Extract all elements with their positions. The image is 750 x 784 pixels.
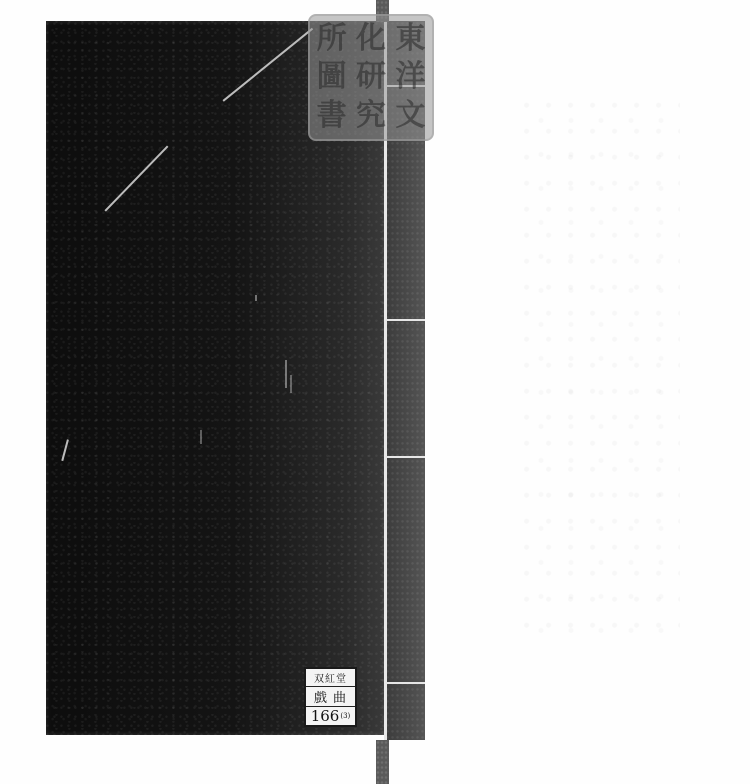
seal-column: 東 洋 文 bbox=[395, 20, 425, 135]
volume-suffix: (3) bbox=[340, 712, 350, 720]
seal-column: 化 研 究 bbox=[356, 20, 386, 135]
seal-char: 化 bbox=[356, 21, 386, 57]
seal-char: 圖 bbox=[317, 59, 347, 95]
binding-stitch bbox=[386, 456, 425, 458]
label-category: 戲曲 bbox=[306, 687, 355, 707]
show-through-blank-page bbox=[520, 100, 680, 640]
speck bbox=[290, 375, 292, 393]
seal-char: 所 bbox=[317, 21, 347, 57]
binding-stitch bbox=[386, 682, 425, 684]
seal-char: 究 bbox=[356, 98, 386, 134]
label-collection: 双紅堂 bbox=[306, 669, 355, 687]
library-seal-stamp: 東 洋 文 化 研 究 所 圖 書 bbox=[308, 14, 434, 141]
speck bbox=[255, 295, 257, 301]
seal-char: 洋 bbox=[395, 59, 425, 95]
speck bbox=[285, 360, 287, 388]
seal-char: 東 bbox=[395, 21, 425, 57]
seal-char: 研 bbox=[356, 59, 386, 95]
shelf-mark-label: 双紅堂 戲曲 166(3) bbox=[304, 667, 357, 727]
scan-page: 東 洋 文 化 研 究 所 圖 書 双紅堂 戲曲 166(3) bbox=[0, 0, 750, 784]
seal-char: 書 bbox=[317, 98, 347, 134]
speck bbox=[200, 430, 202, 444]
binding-string-bottom bbox=[376, 740, 389, 784]
call-number: 166 bbox=[311, 707, 340, 725]
label-call-number: 166(3) bbox=[306, 707, 355, 725]
seal-char: 文 bbox=[395, 98, 425, 134]
seal-column: 所 圖 書 bbox=[317, 20, 347, 135]
binding-stitch bbox=[386, 319, 425, 321]
